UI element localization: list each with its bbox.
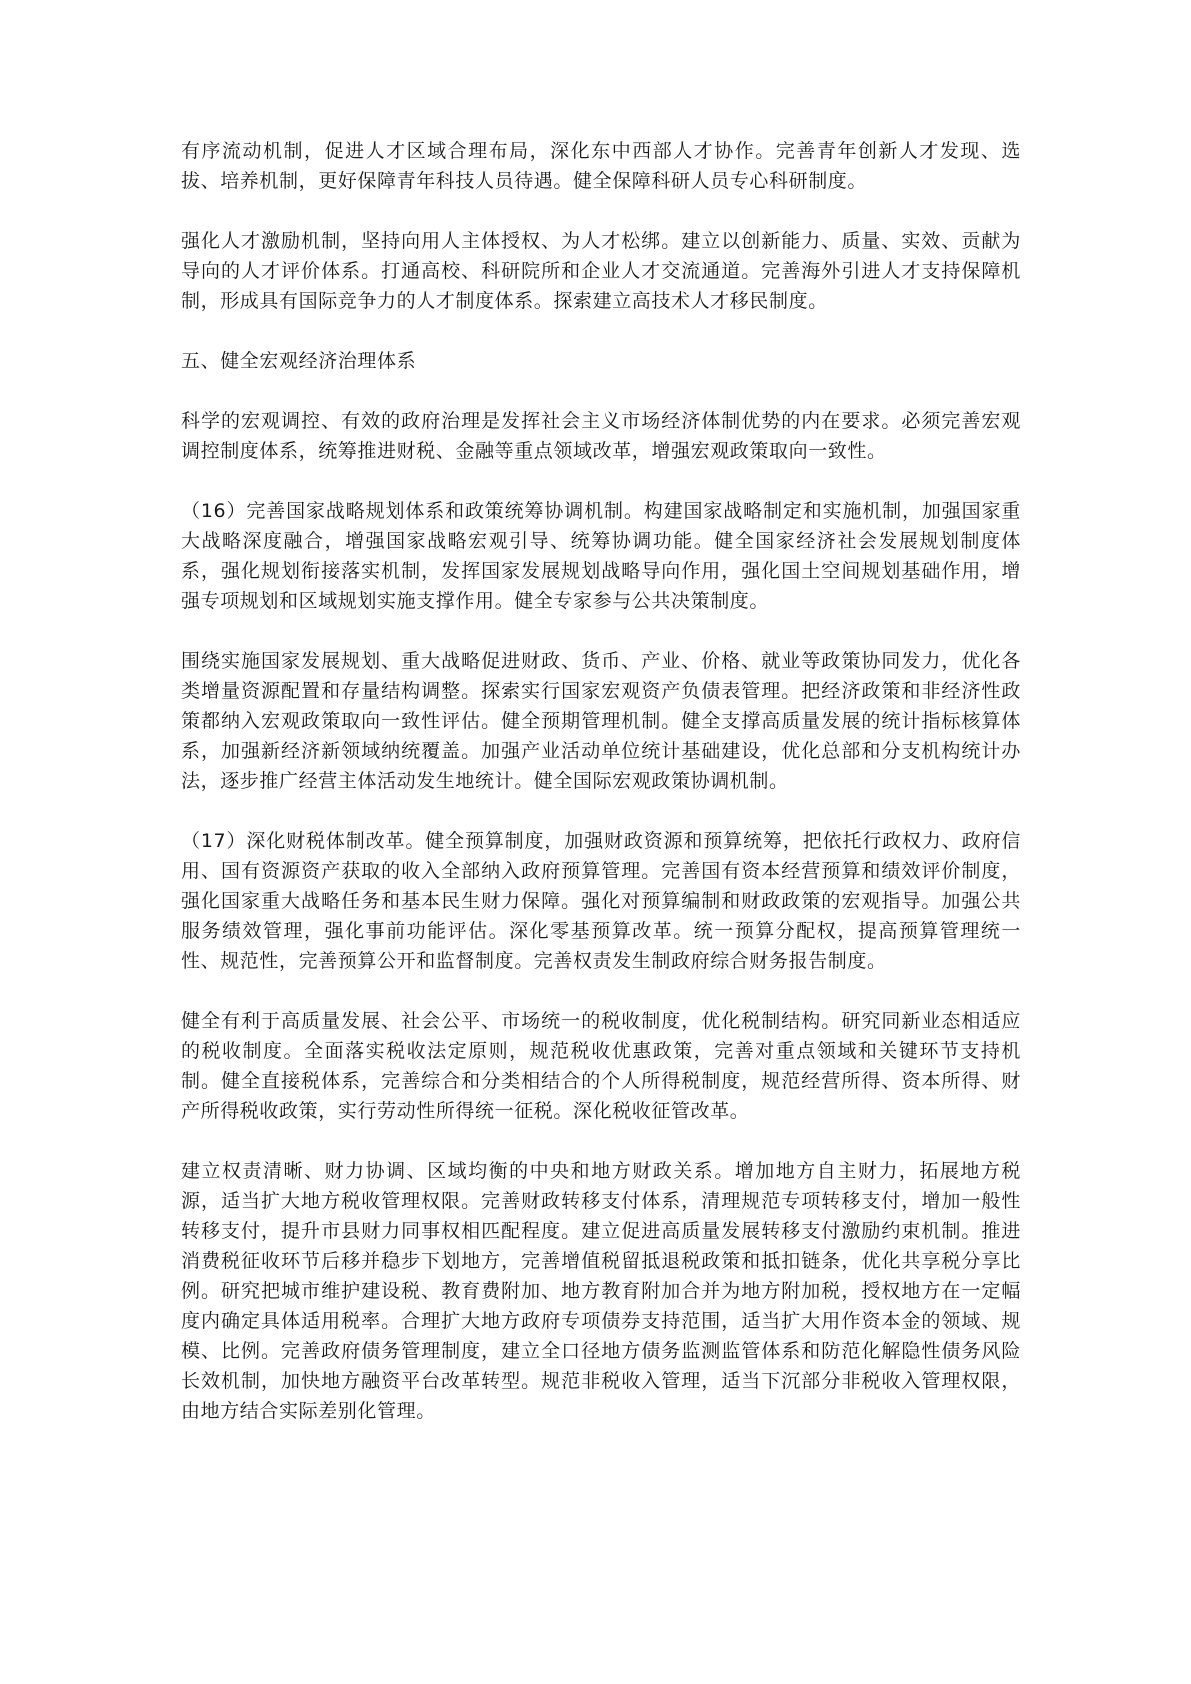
paragraph-talent-incentive: 强化人才激励机制，坚持向用人主体授权、为人才松绑。建立以创新能力、质量、实效、贡… bbox=[181, 226, 1021, 316]
paragraph-item-16: （16）完善国家战略规划体系和政策统筹协调机制。构建国家战略制定和实施机制，加强… bbox=[181, 496, 1021, 616]
paragraph-central-local-finance: 建立权责清晰、财力协调、区域均衡的中央和地方财政关系。增加地方自主财力，拓展地方… bbox=[181, 1156, 1021, 1426]
paragraph-talent-flow: 有序流动机制，促进人才区域合理布局，深化东中西部人才协作。完善青年创新人才发现、… bbox=[181, 136, 1021, 196]
section-heading: 五、健全宏观经济治理体系 bbox=[181, 346, 1021, 376]
document-page: 有序流动机制，促进人才区域合理布局，深化东中西部人才协作。完善青年创新人才发现、… bbox=[181, 136, 1021, 1456]
paragraph-tax-system: 健全有利于高质量发展、社会公平、市场统一的税收制度，优化税制结构。研究同新业态相… bbox=[181, 1006, 1021, 1126]
paragraph-policy-coordination: 围绕实施国家发展规划、重大战略促进财政、货币、产业、价格、就业等政策协同发力，优… bbox=[181, 646, 1021, 796]
paragraph-item-17: （17）深化财税体制改革。健全预算制度，加强财政资源和预算统筹，把依托行政权力、… bbox=[181, 826, 1021, 976]
paragraph-macro-intro: 科学的宏观调控、有效的政府治理是发挥社会主义市场经济体制优势的内在要求。必须完善… bbox=[181, 406, 1021, 466]
